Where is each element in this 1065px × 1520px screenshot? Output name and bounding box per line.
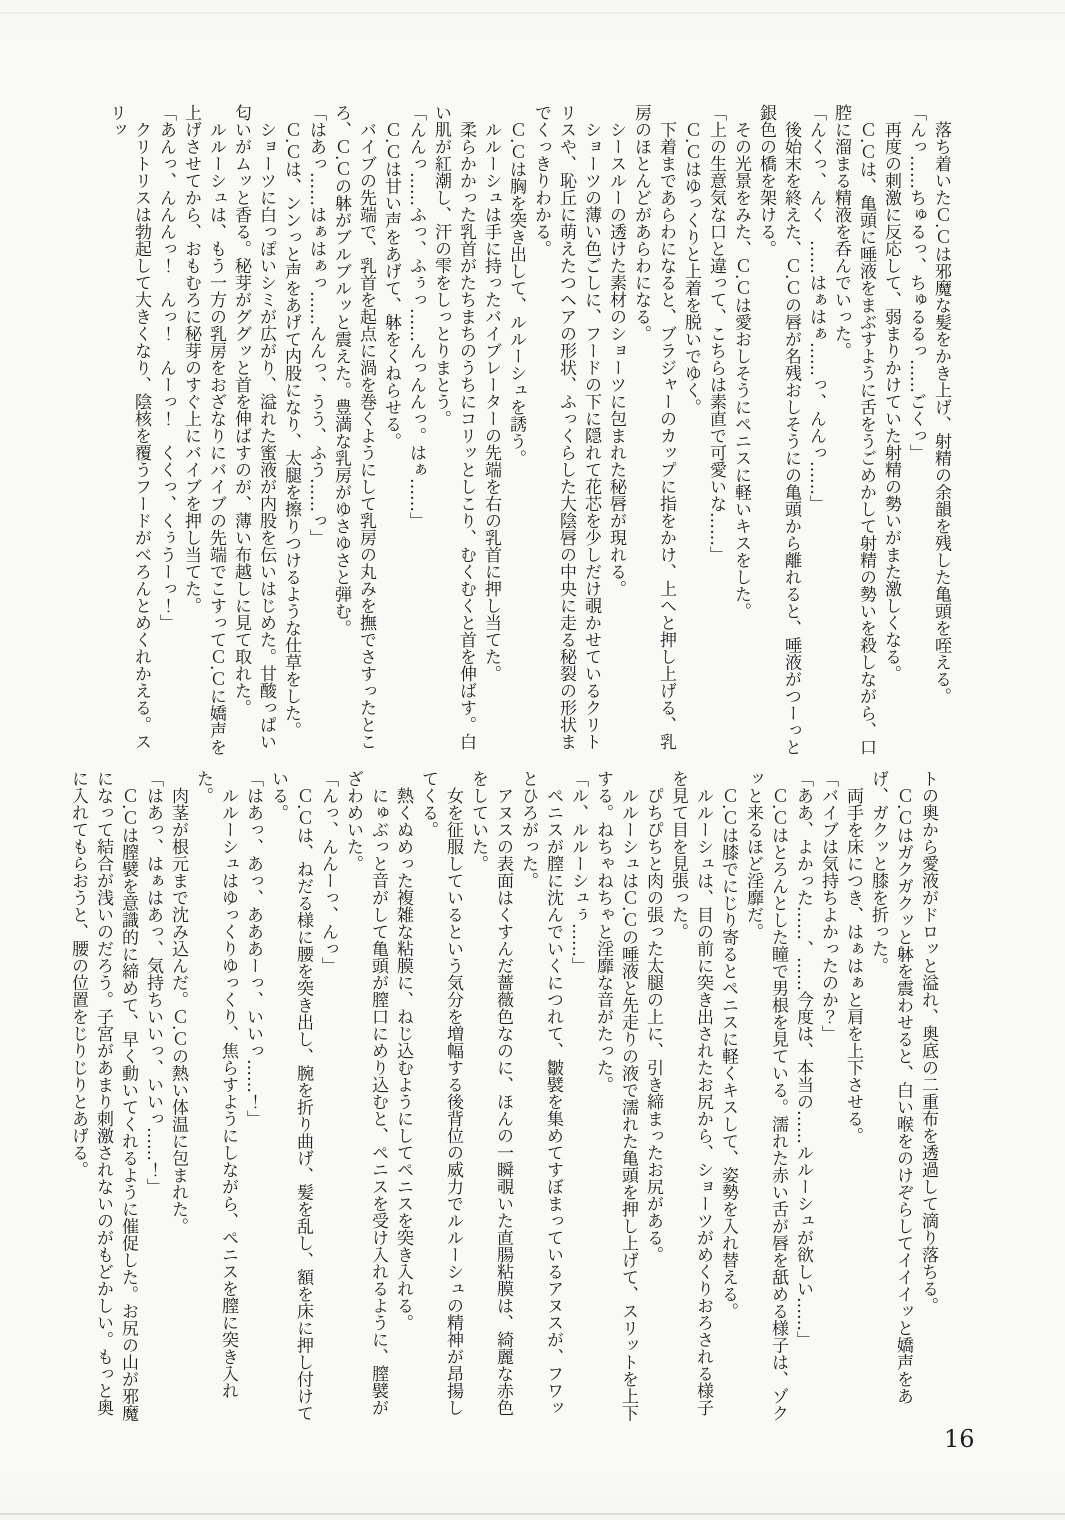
- paragraph: 「あんっ、んんんっ！ んっ！ んーっ！ くくっ、くぅうーっ！」: [153, 104, 178, 766]
- paragraph: クリトリスは勃起して大きくなり、陰核を覆うフードがべろんとめくれかえる。スリッ: [103, 104, 153, 766]
- paragraph: 「はあっ、あっ、あああーっ、いいっ……！」: [240, 770, 265, 1428]
- paragraph: 落ち着いたＣ.Ｃは邪魔な髪をかき上げ、射精の余韻を残した亀頭を咥える。: [928, 104, 953, 766]
- scanned-page: 落ち着いたＣ.Ｃは邪魔な髪をかき上げ、射精の余韻を残した亀頭を咥える。「んっ………: [0, 0, 1065, 1520]
- paragraph: Ｃ.Ｃは甘い声をあげて、躰をくねらせる。: [378, 104, 403, 766]
- paragraph: ショーツに白っぽいシミが広がり、溢れた蜜液が内股を伝いはじめた。甘酸っぱい匂いが…: [228, 104, 278, 766]
- paragraph: 「上の生意気な口と違って、こちらは素直で可愛いな……」: [703, 104, 728, 766]
- paragraph: 熱くぬめった複雑な粘膜に、ねじ込むようにしてペニスを突き入れる。: [390, 770, 415, 1428]
- paragraph: 再度の刺激に反応して、弱まりかけていた射精の勢いがまた激しくなる。: [878, 104, 903, 766]
- paragraph: 「はあっ……はぁはぁっ……んんっ、うう、ふう……っ」: [303, 104, 328, 766]
- page-number: 16: [944, 1425, 975, 1453]
- paragraph: 柔らかかった乳首がたちまちのうちにコリッとしこり、むくむくと首を伸ばす。白い肌が…: [428, 104, 478, 766]
- paragraph: 後始末を終えた、Ｃ.Ｃの唇が名残おしそうにの亀頭から離れると、唾液がつーっと銀色…: [753, 104, 803, 766]
- paragraph: Ｃ.Ｃは胸を突き出して、ルルーシュを誘う。: [503, 104, 528, 766]
- paragraph: にゅぶっと音がして亀頭が膣口にめり込むと、ペニスを受け入れるように、膣襞がざわめ…: [340, 770, 390, 1428]
- paragraph: 両手を床につき、はぁはぁと肩を上下させる。: [840, 770, 865, 1428]
- paragraph: Ｃ.Ｃは、ねだる様に腰を突き出し、腕を折り曲げ、髪を乱し、額を床に押し付けている…: [265, 770, 315, 1428]
- paragraph: トの奥から愛液がドロッと溢れ、奥底の二重布を透過して滴り落ちる。: [915, 770, 940, 1428]
- paragraph: アヌスの表面はくすんだ薔薇色なのに、ほんの一瞬覗いた直腸粘膜は、綺麗な赤色をして…: [465, 770, 515, 1428]
- story-text-bottom-block: トの奥から愛液がドロッと溢れ、奥底の二重布を透過して滴り落ちる。 Ｃ.Ｃはガクガ…: [10, 770, 940, 1428]
- paragraph: 「んくっ、んく ……はぁはぁ……っ、んんっ……」: [803, 104, 828, 766]
- paragraph: 「ル、ルルーシュぅ……」: [565, 770, 590, 1428]
- paragraph: Ｃ.Ｃは膣襞を意識的に締めて、早く動いてくれるように催促した。お尻の山が邪魔にな…: [65, 770, 140, 1428]
- paragraph: ショーツの薄い色ごしに、フードの下に隠れて花芯を少しだけ覗かせているクリトリスや…: [528, 104, 603, 766]
- paragraph: 女を征服しているという気分を増幅する後背位の威力でルルーシュの精神が昂揚してくる…: [415, 770, 465, 1428]
- scan-edge-bottom: [0, 1513, 1065, 1515]
- paragraph: 「ああ、よかった……、……今度は、本当の……ルルーシュが欲しい……」: [790, 770, 815, 1428]
- paragraph: Ｃ.Ｃは、ンンっと声をあげて内股になり、太腿を擦りつけるような仕草をした。: [278, 104, 303, 766]
- paragraph: 「んっ……ちゅるっ、ちゅるるっ……ごくっ」: [903, 104, 928, 766]
- paragraph: バイブの先端で、乳首を起点に渦を巻くようにして乳房の丸みを撫でさすったところ、Ｃ…: [328, 104, 378, 766]
- paragraph: シースルーの透けた素材のショーツに包まれた秘唇が現れる。: [603, 104, 628, 766]
- paragraph: 「んっ、んんーっ、んっ」: [315, 770, 340, 1428]
- paragraph: ぴちぴちと肉の張った太腿の上に、引き締まったお尻がある。: [640, 770, 665, 1428]
- paragraph: 肉茎が根元まで沈み込んだ。Ｃ.Ｃの熱い体温に包まれた。: [165, 770, 190, 1428]
- paragraph: Ｃ.Ｃは、亀頭に唾液をまぶすように舌をうごめかして射精の勢いを殺しながら、口腔に…: [828, 104, 878, 766]
- paragraph: ペニスが膣に沈んでいくにつれて、皺襞を集めてすぼまっているアヌスが、フワッとひろ…: [515, 770, 565, 1428]
- paragraph: その光景をみた、Ｃ.Ｃは愛おしそうにペニスに軽いキスをした。: [728, 104, 753, 766]
- paragraph: ルルーシュは、もう一方の乳房をおざなりにバイブの先端でこすってＣ.Ｃに嬌声を上げ…: [178, 104, 228, 766]
- paragraph: 「んんっ……ふっ、ふぅっ……んっんんっ。はぁ……」: [403, 104, 428, 766]
- paragraph: 「はあっ、はぁはあっ、気持ちいいっ、いいっ……！」: [140, 770, 165, 1428]
- paragraph: ルルーシュはＣ.Ｃの唾液と先走りの液で濡れた亀頭を押し上げて、スリットを上下する…: [590, 770, 640, 1428]
- paragraph: ルルーシュは、目の前に突き出されたお尻から、ショーツがめくりおろされる様子を見て…: [665, 770, 715, 1428]
- paragraph: Ｃ.Ｃは膝でにじり寄るとペニスに軽くキスして、姿勢を入れ替える。: [715, 770, 740, 1428]
- paragraph: Ｃ.Ｃはガクガクッと躰を震わせると、白い喉をのけぞらしてイイイッと嬌声をあげ、ガ…: [865, 770, 915, 1428]
- paragraph: 下着まであらわになると、ブラジャーのカップに指をかけ、上へと押し上げる、乳房のほ…: [628, 104, 678, 766]
- paragraph: Ｃ.Ｃはゆっくりと上着を脱いでゆく。: [678, 104, 703, 766]
- paragraph: ルルーシュはゆっくりゆっくり、焦らすようにしながら、ペニスを膣に突き入れた。: [190, 770, 240, 1428]
- paragraph: 「バイブは気持ちよかったのか？」: [815, 770, 840, 1428]
- paragraph: ルルーシュは手に持ったバイブレーターの先端を右の乳首に押し当てた。: [478, 104, 503, 766]
- story-text-top-block: 落ち着いたＣ.Ｃは邪魔な髪をかき上げ、射精の余韻を残した亀頭を咥える。「んっ………: [73, 104, 953, 766]
- scan-edge-top: [0, 12, 1065, 14]
- paragraph: Ｃ.Ｃはとろんとした瞳で男根を見ている。濡れた赤い舌が唇を舐める様子は、ゾクッと…: [740, 770, 790, 1428]
